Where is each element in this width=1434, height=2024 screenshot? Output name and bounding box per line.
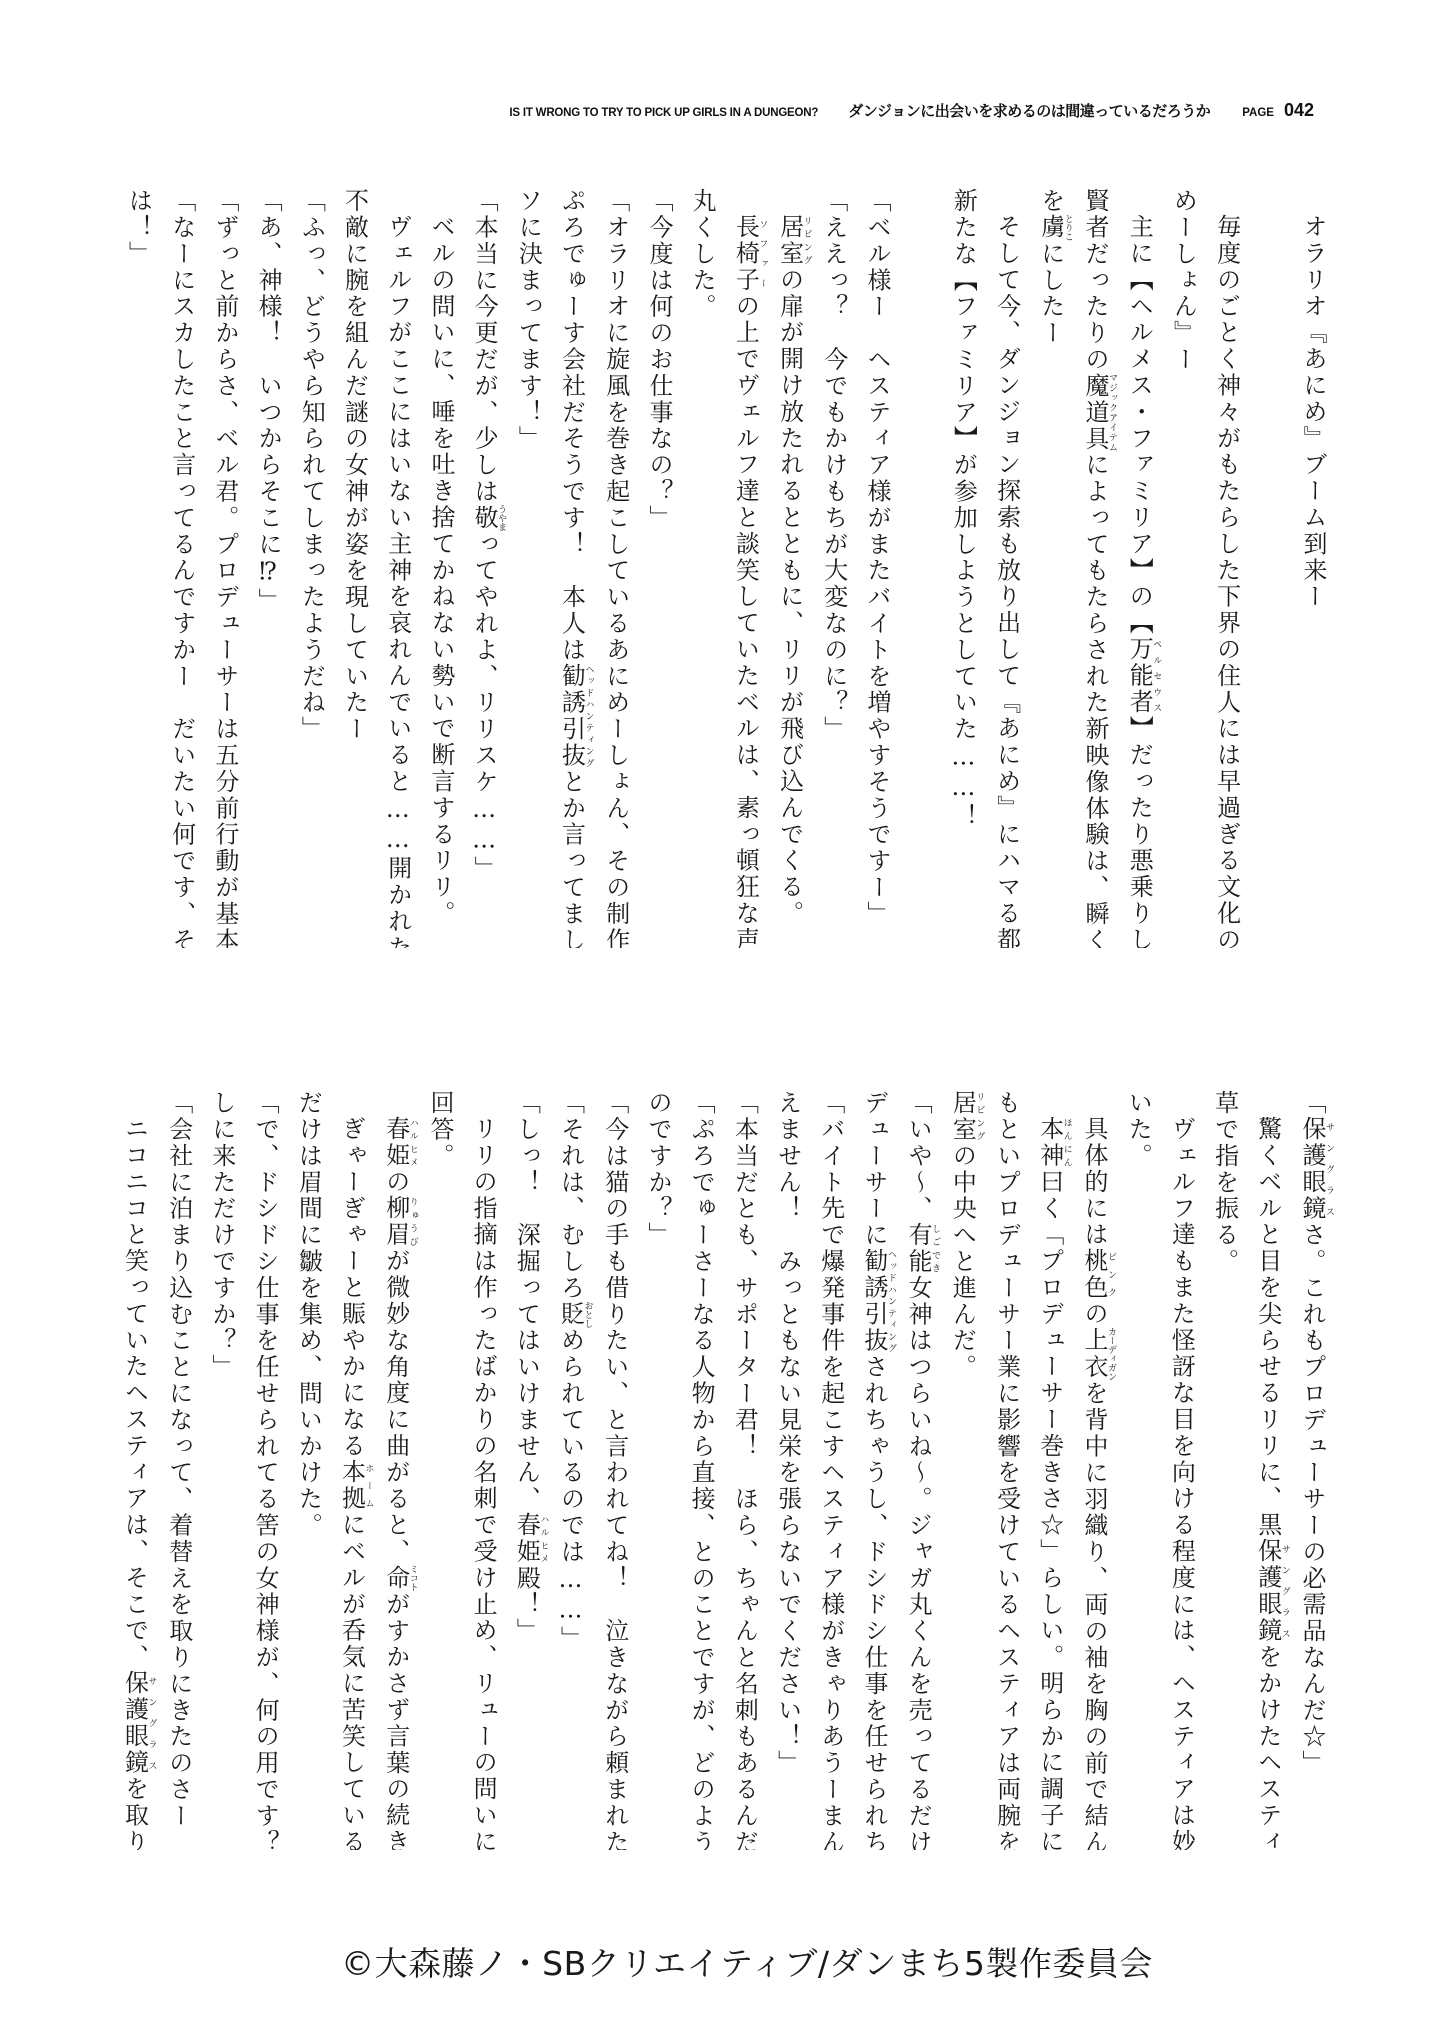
text-line: ぎゃーぎゃーと賑やかになる本拠ホームにベルが呑気に苦笑していると、ヴェルフ	[329, 1090, 373, 1850]
text-line: しに来ただけですか？」	[200, 1090, 243, 1850]
furigana: 居室リビング	[948, 1090, 976, 1143]
text-line	[898, 188, 941, 948]
text-line: だけは眉間に皺を集め、問いかけた。	[286, 1090, 329, 1850]
english-series-title: IS IT WRONG TO TRY TO PICK UP GIRLS IN A…	[509, 107, 818, 119]
page-number: 042	[1284, 100, 1314, 121]
text-line: 毎度のごとく神々がもたらした下界の住人には早過ぎる文化の一つ、『あに	[1204, 188, 1247, 948]
text-line: めーしょん』ー	[1161, 188, 1204, 948]
furigana: 保護眼鏡サングラス	[1254, 1538, 1282, 1644]
copyright-notice: ©大森藤ノ・SBクリエイティブ/ダンまち5製作委員会	[0, 1938, 1434, 1985]
text-line: 本神ほんにん曰く「プロデューサー巻きさ☆」らしい。明らかに調子に乗っている、	[1028, 1090, 1072, 1850]
text-line: 「ベル様ー ヘスティア様がまたバイトを増やすそうですー」	[855, 188, 898, 948]
text-line: 「で、ドシドシ仕事を任せられてる筈の女神様が、何の用です？ 俺達に自慢	[243, 1090, 286, 1850]
text-line: もといプロデューサー業に影響を受けているヘスティアは両腕を広げ、悠々と	[984, 1090, 1027, 1850]
page-label: PAGE	[1242, 107, 1274, 119]
running-header: IS IT WRONG TO TRY TO PICK UP GIRLS IN A…	[509, 100, 1314, 121]
text-line: 「それは、むしろ貶おとしめられているのでは……」	[548, 1090, 592, 1850]
furigana: 敬うやま	[470, 505, 498, 531]
text-line: 「ええっ？ 今でもかけもちが大変なのに？」	[812, 188, 855, 948]
furigana: 上衣カーディガン	[1080, 1327, 1108, 1380]
text-line: ヴェルフがここにはいない主神を哀れんでいると……開かれた扉のもとに、	[376, 188, 419, 948]
text-line: いた。	[1116, 1090, 1159, 1850]
text-line	[1248, 188, 1291, 948]
text-line: を虜とりこにしたー	[1029, 188, 1073, 948]
furigana: 命ミコト	[382, 1565, 410, 1591]
text-line: 不敵に腕を組んだ謎の女神が姿を現していたー	[332, 188, 375, 948]
furigana: 春姫ハルヒメ	[512, 1512, 540, 1565]
text-line: オラリオ『あにめ』ブーム到来ー	[1291, 188, 1334, 948]
text-line: デューサーに勧誘引抜ヘッドハンティングされちゃうし、ドシドシ仕事を任せられちゃう…	[852, 1090, 896, 1850]
furigana: 勧誘引抜ヘッドハンティング	[860, 1248, 888, 1354]
text-line: 丸くした。	[680, 188, 723, 948]
furigana: 貶おとし	[557, 1301, 585, 1327]
text-line: えません！ みっともない見栄を張らないでください！」	[765, 1090, 808, 1850]
text-line: 居室リビングの中央へと進んだ。	[940, 1090, 984, 1850]
text-line: 「会社に泊まり込むことになって、着替えを取りにきたのさー あとは……」	[157, 1090, 200, 1850]
text-line: 驚くベルと目を尖らせるリリに、黒保護眼鏡サングラスをかけたヘスティアは軟派ナンパ…	[1246, 1090, 1290, 1850]
text-line: 「バイト先で爆発事件を起こすヘスティア様がきゃりあうーまん、なんてあり	[809, 1090, 852, 1850]
text-line: 「オラリオに旋風を巻き起こしているあにめーしょん、その制作を取り仕切る	[594, 188, 637, 948]
text-line: 草で指を振る。	[1202, 1090, 1245, 1850]
text-line: ソに決まってます！」	[506, 188, 549, 948]
text-line: 「ふっ、どうやら知られてしまったようだね」	[289, 188, 332, 948]
furigana: 柳眉りゅうび	[382, 1195, 410, 1248]
text-line: 「ぷろでゅーさーなる人物から直接、とのことですが、どのように勧誘された	[679, 1090, 722, 1850]
text-line: 具体的には桃色ピンクの上衣カーディガンを背中に羽織り、両の袖を胸の前で結んでいた…	[1072, 1090, 1116, 1850]
text-line: 「ずっと前からさ、ベル君。プロデューサーは五分前行動が基本だからね☆」	[203, 188, 246, 948]
furigana: 魔道具マジックアイテム	[1081, 373, 1109, 452]
text-line: 「保護眼鏡サングラスさ。これもプロデューサーの必需品なんだ☆」	[1290, 1090, 1334, 1850]
furigana: 勧誘引抜ヘッドハンティング	[558, 663, 586, 769]
furigana: 桃色ピンク	[1080, 1248, 1108, 1301]
text-line: 春姫ハルヒメの柳眉りゅうびが微妙な角度に曲がると、命ミコトがすかさず言葉の続きを…	[374, 1090, 418, 1850]
furigana: 万能者ペルセウス	[1125, 636, 1153, 715]
text-line: ベルの問いに、唾を吐き捨てかねない勢いで断言するリリ。	[419, 188, 462, 948]
furigana: 本拠ホーム	[338, 1459, 366, 1512]
furigana: 虜とりこ	[1037, 214, 1065, 240]
text-line: 「あ、神様！ いつからそこに⁉」	[246, 188, 289, 948]
text-line: ニコニコと笑っていたヘスティアは、そこで、保護眼鏡サングラスを取り外した。	[112, 1090, 156, 1850]
text-line: 長椅子ソファーの上でヴェルフ達と談笑していたベルは、素っ頓狂な声とともに目を	[723, 188, 767, 948]
text-line: 居室リビングの扉が開け放たれるとともに、リリが飛び込んでくる。	[767, 188, 811, 948]
text-line: 「なーにスカしたこと言ってるんですかー だいたい何です、その変な眼鏡	[160, 188, 203, 948]
japanese-series-title: ダンジョンに出会いを求めるのは間違っているだろうか	[848, 100, 1210, 121]
text-line: 新たな【ファミリア】が参加しようとしていた……！	[941, 188, 984, 948]
bottom-text-tier: 「保護眼鏡サングラスさ。これもプロデューサーの必需品なんだ☆」驚くベルと目を尖ら…	[94, 1090, 1334, 1850]
furigana: 長椅子ソファー	[731, 214, 759, 293]
text-line: そして今、ダンジョン探索も放り出して『あにめ』にハマる都市の大波ビッグウェーブに…	[984, 188, 1028, 948]
furigana: 居室リビング	[776, 214, 804, 267]
top-text-tier: オラリオ『あにめ』ブーム到来ー 毎度のごとく神々がもたらした下界の住人には早過ぎ…	[94, 188, 1334, 948]
text-line: のですか？」	[636, 1090, 679, 1850]
text-line: 賢者だったりの魔道具マジックアイテムによってもたらされた新映像体験は、瞬く間に迷…	[1073, 188, 1117, 948]
text-line: 「いや～、有能しごでき女神はつらいね～。ジャガ丸くんを売ってるだけで本場のプロ	[896, 1090, 940, 1850]
text-line: リリの指摘は作ったばかりの名刺で受け止め、リューの問いには自信満々に	[461, 1090, 504, 1850]
text-line: 「今は猫の手も借りたい、と言われてね！ 泣きながら頼まれたんだ！」	[593, 1090, 636, 1850]
furigana: 保護眼鏡サングラス	[121, 1670, 149, 1776]
text-line: ヴェルフ達もまた怪訝な目を向ける程度には、ヘスティアは妙な格好をして	[1159, 1090, 1202, 1850]
furigana: 春姫ハルヒメ	[382, 1116, 410, 1169]
furigana: 保護眼鏡サングラス	[1298, 1116, 1326, 1222]
text-line: 「しっ！ 深掘ってはいけません、春姫ハルヒメ殿！」	[504, 1090, 548, 1850]
furigana: 本神ほんにん	[1036, 1116, 1064, 1169]
text-line: は！」	[116, 188, 159, 948]
text-line: 回答。	[418, 1090, 461, 1850]
text-line: ぷろでゅーす会社だそうです！ 本人は勧誘引抜ヘッドハンティングとか言ってましたけ…	[549, 188, 593, 948]
text-line: 「本当だとも、サポーター君！ ほら、ちゃんと名刺もあるんだぜ！」	[722, 1090, 765, 1850]
text-line: 「本当に今更だが、少しは敬うやまってやれよ、リリスケ……」	[462, 188, 506, 948]
furigana: 有能しごでき	[904, 1222, 932, 1275]
text-line: 「今度は何のお仕事なの？」	[637, 188, 680, 948]
text-line: 主に【ヘルメス・ファミリア】の【万能者ペルセウス】だったり悪乗りしたどこかの元	[1117, 188, 1161, 948]
